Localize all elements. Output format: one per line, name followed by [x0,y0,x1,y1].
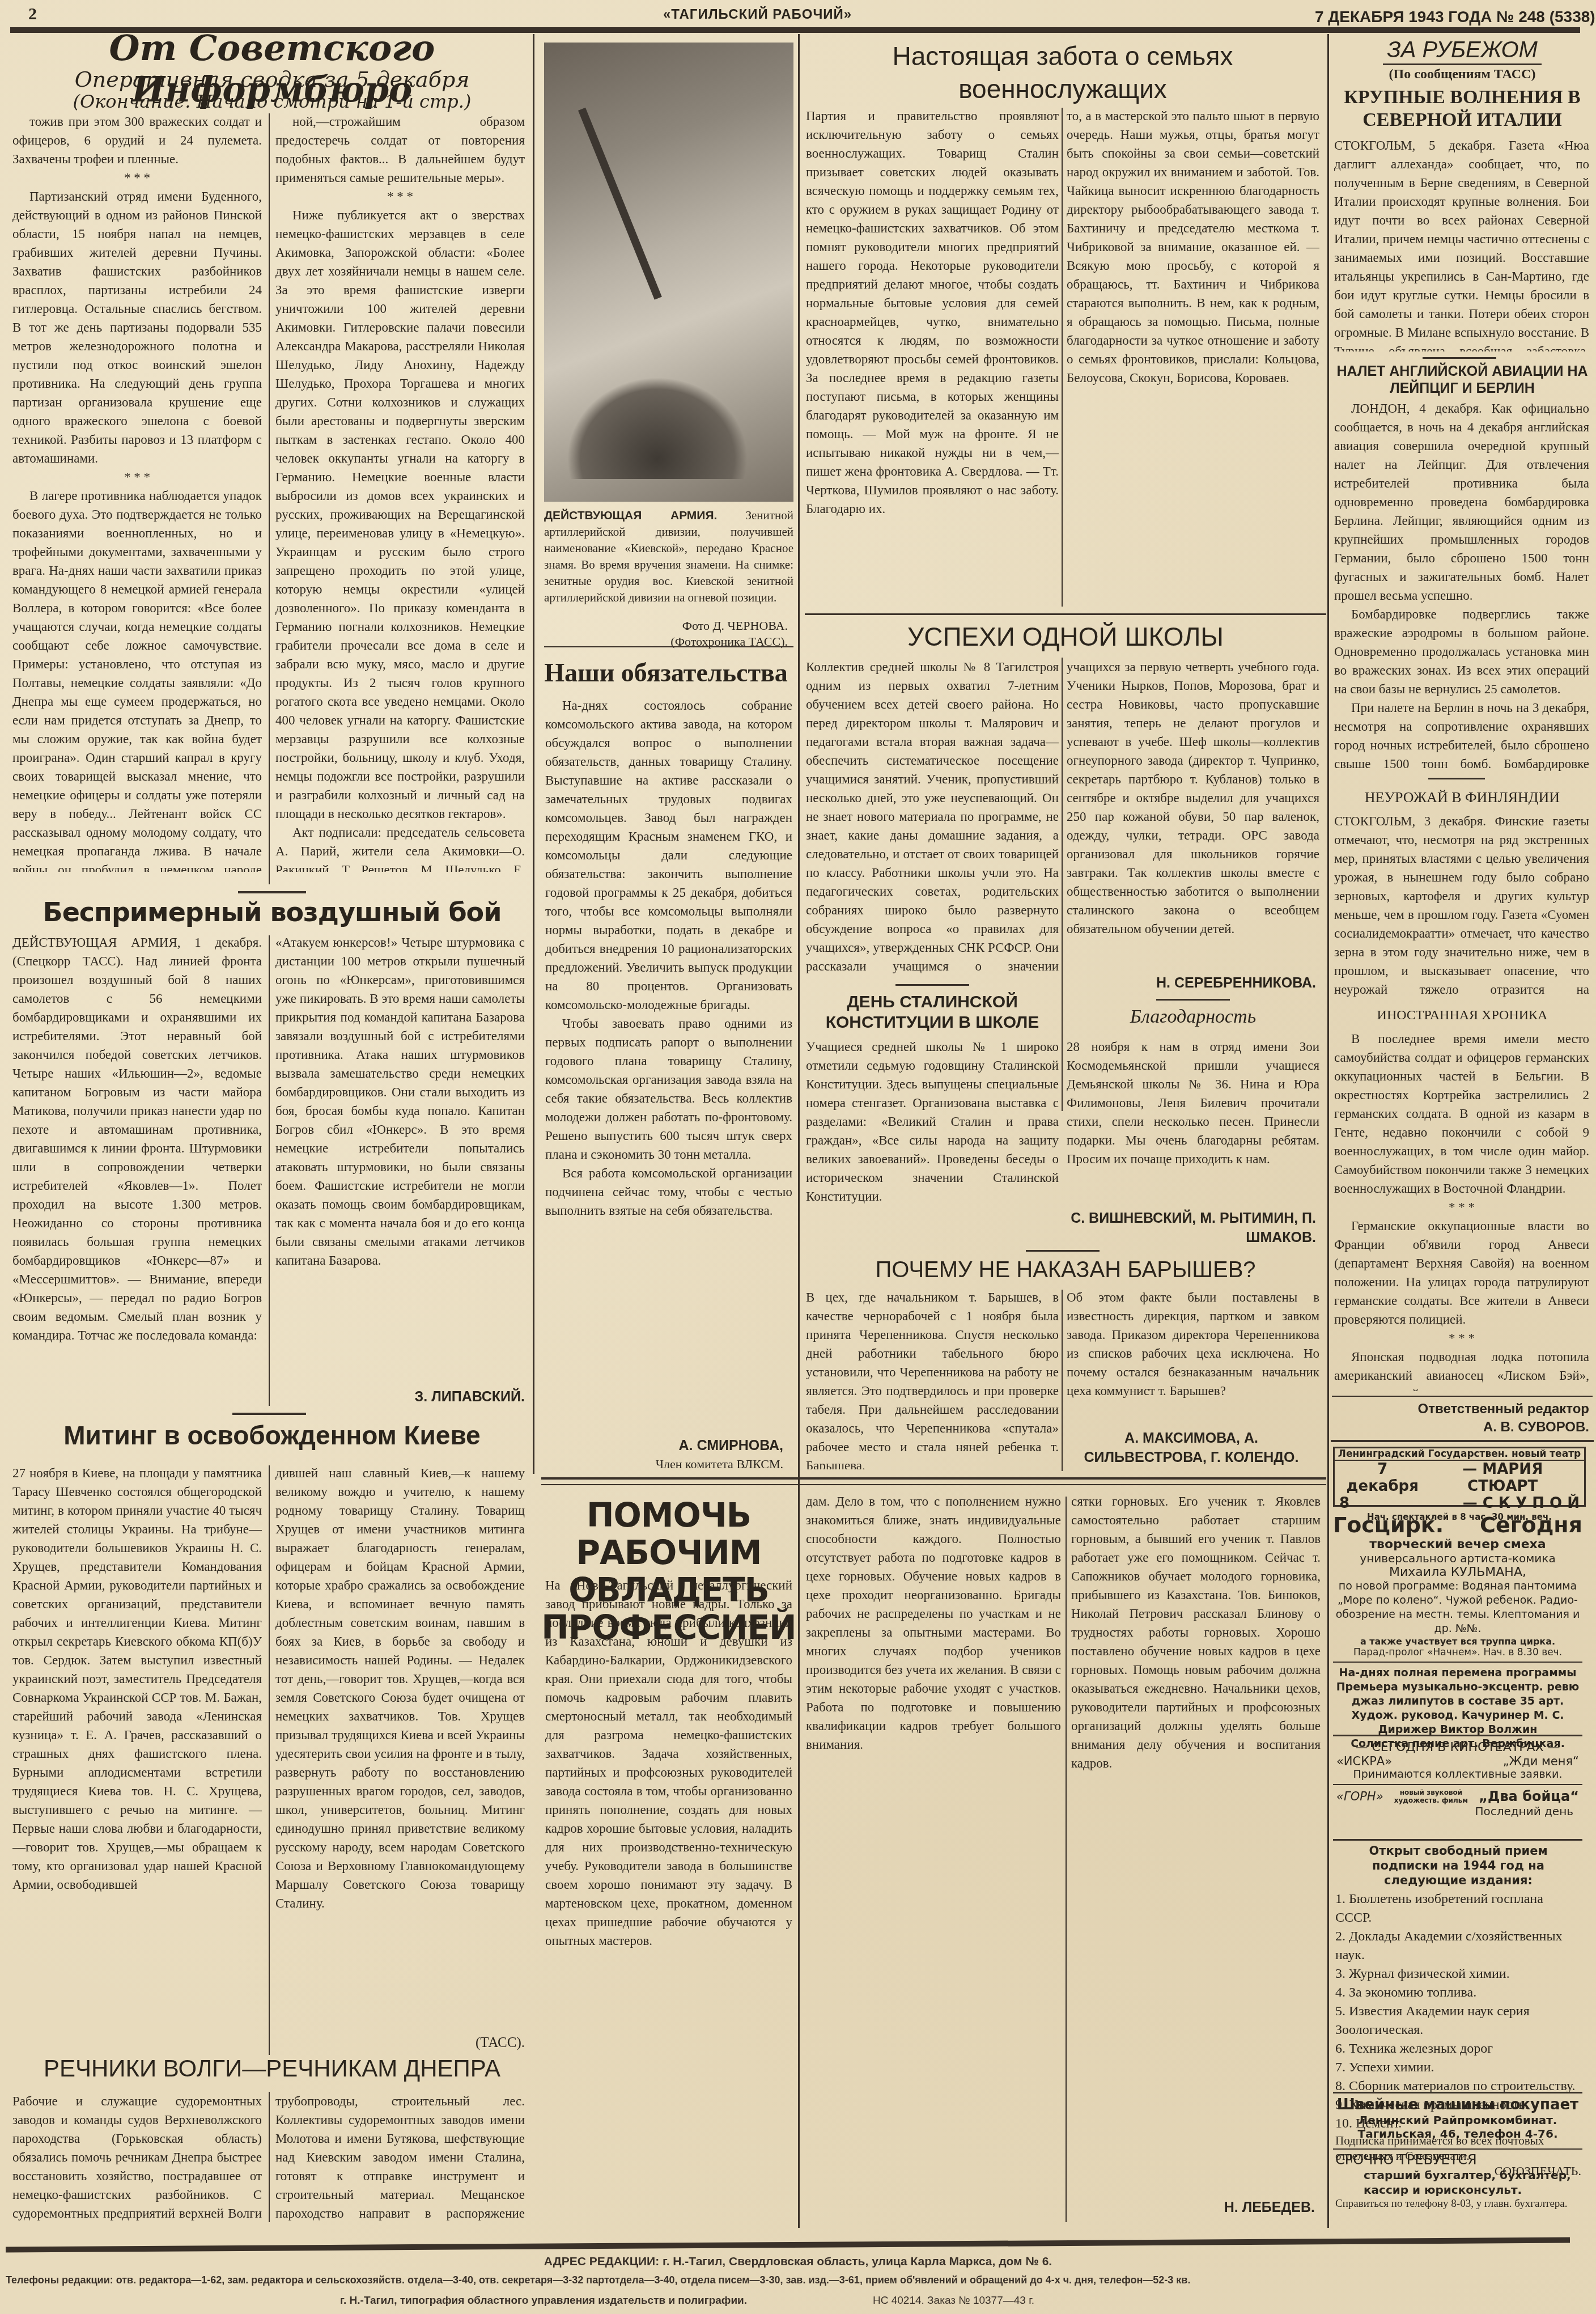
theatre-row-1: 7 декабря— МАРИЯ СТЮАРТ [1335,1461,1584,1495]
theatre-row-2: 8— С К У П О Й [1335,1495,1584,1512]
chronicle-text: В последнее время имели место самоубийст… [1334,1029,1589,1392]
raid-title: НАЛЕТ АНГЛИЙСКОЙ АВИАЦИИ НА ЛЕЙПЦИГ И БЕ… [1332,363,1593,397]
inner-divider [1066,1497,1067,2222]
subscription-item: 4. За экономию топлива. [1335,1984,1581,2002]
school-signature: Н. СЕРЕБРЕННИКОВА. [1067,975,1316,991]
separator [1383,63,1542,65]
school-col1: Коллектив средней школы № 8 Тагилстроя о… [806,658,1059,975]
separator [1156,999,1230,1001]
jobs-title: СРОЧНО ТРЕБУЕТСЯ [1335,2152,1582,2168]
separator [544,646,793,647]
subscription-item: 3. Журнал физической химии. [1335,1965,1581,1984]
gratitude-title: Благодарность [1067,1006,1319,1028]
issue-line: 7 ДЕКАБРЯ 1943 ГОДА № 248 (5338) [1315,8,1595,26]
editor-block: Ответственный редактор А. В. СУВОРОВ. [1334,1400,1589,1436]
profession-col3: сятки горновых. Его ученик т. Яковлев са… [1071,1492,1321,2195]
footer-phones: Телефоны редакции: отв. редактора—1-62, … [6,2274,1593,2286]
photo-credit: Фото Д. ЧЕРНОВА. (Фотохроника ТАСС). [652,618,788,650]
kiev-signature: (ТАСС). [275,2035,525,2051]
soldiers-shape [567,377,748,479]
abroad-source: (По сообщениям ТАСС) [1332,67,1593,82]
finland-title: НЕУРОЖАЙ В ФИНЛЯНДИИ [1332,789,1593,806]
profession-col1: На Ново-Тагильский металлургический заво… [545,1576,792,2222]
separator [805,613,1326,615]
air-battle-signature: З. ЛИПАВСКИЙ. [275,1389,525,1405]
subscription-item: 7. Успехи химии. [1335,2058,1581,2077]
circus-line: универсального артиста-комика [1333,1552,1582,1565]
subscription-item: 5. Известия Академии наук серия Зоологич… [1335,2002,1581,2040]
sovinform-col2: ной,—строжайшим образом предостеречь сол… [275,112,525,872]
army-photo [544,43,793,502]
volga-col2: трубопроводы, строительный лес. Коллекти… [275,2092,525,2222]
paper-name: «ТАГИЛЬСКИЙ РАБОЧИЙ» [663,7,852,23]
page-number: 2 [28,5,37,24]
sewing-line: Тагильская, 46, телефон 4-76. [1333,2127,1582,2141]
baryshev-col1: В цех, где начальником т. Барышев, в кач… [806,1288,1059,1469]
newspaper-page: 2 «ТАГИЛЬСКИЙ РАБОЧИЙ» 7 ДЕКАБРЯ 1943 ГО… [0,0,1596,2314]
circus-line: Михаила КУЛЬМАНА, [1333,1565,1582,1579]
kiev-title: Митинг в освобожденном Киеве [11,1420,533,1451]
obligations-signature-title: Член комитета ВЛКСМ. [545,1457,783,1472]
families-col1: Партия и правительство проявляют исключи… [806,107,1059,605]
air-battle-title: Беспримерный воздушный бой [11,897,533,927]
theatre-ad: Ленинградский Государствен. новый театр … [1333,1447,1586,1507]
inner-divider [1062,1290,1063,1471]
theatre-header: Ленинградский Государствен. новый театр [1335,1448,1584,1461]
subscription-item: 2. Доклады Академии с/хозяйственных наук… [1335,1927,1581,1965]
sewing-ad: Швейные машины покупает Ленинский Райпро… [1333,2096,1582,2141]
inner-divider [269,2092,270,2222]
separator [1333,1735,1582,1736]
italy-text: СТОКГОЛЬМ, 5 декабря. Газета «Нюа даглиг… [1334,136,1589,351]
kiev-col2: дившей наш славный Киев,—к нашему велико… [275,1464,525,2031]
separator [1333,2148,1582,2150]
inner-divider [1062,658,1063,1111]
finland-text: СТОКГОЛЬМ, 3 декабря. Финские газеты отм… [1334,812,1589,999]
profession-col2: дам. Дело в том, что с пополнением нужно… [806,1492,1061,2223]
circus-line: а также участвует вся труппа цирка. [1333,1636,1582,1647]
inner-divider [269,935,270,1406]
jobs-contact: Справиться по телефону 8-03, у главн. бу… [1335,2197,1582,2211]
circus-line: по новой программе: Водяная пантомима „М… [1333,1579,1582,1636]
column-divider [798,34,800,2228]
sewing-line: Ленинский Райпромкомбинат. [1333,2113,1582,2127]
separator [232,1413,306,1415]
subscription-item: 1. Бюллетень изобретений госплана СССР. [1335,1890,1581,1927]
families-title: Настоящая забота о семьях военнослужащих [805,40,1321,105]
abroad-heading: ЗА РУБЕЖОМ [1332,37,1593,63]
air-battle-col1: ДЕЙСТВУЮЩАЯ АРМИЯ, 1 декабря. (Спецкорр … [12,933,262,1404]
separator [1333,2092,1582,2093]
subscription-item: 6. Техника железных дорог [1335,2040,1581,2058]
photo-caption: ДЕЙСТВУЮЩАЯ АРМИЯ. Зенитной артиллерийск… [544,507,793,606]
jobs-ad: СРОЧНО ТРЕБУЕТСЯ старший бухгалтер, бухг… [1335,2152,1582,2211]
sovinform-note: (Окончание. Начало смотри на 1-й стр.) [11,91,533,112]
separator [895,984,969,986]
obligations-title: Наши обязательства [538,658,793,688]
separator [1332,1396,1593,1397]
footer-printer: г. Н.-Тагил, типография областного управ… [340,2295,747,2307]
cinema-note: Принимаются коллективные заявки. [1333,1768,1582,1781]
school-col2: учащихся за первую четверть учебного год… [1067,658,1319,975]
column-divider [1327,34,1329,2228]
air-battle-col2: «Атакуем юнкерсов!» Четыре штурмовика с … [275,933,525,1387]
circus-change: На-днях полная перемена программы Премье… [1333,1666,1582,1751]
column-divider [533,34,534,1474]
separator [541,1477,1326,1480]
separator [1331,1440,1594,1442]
subscription-title: Открыт свободный прием подписки на 1944 … [1335,1843,1581,1888]
circus-line: творческий вечер смеха [1333,1537,1582,1552]
separator [1333,1784,1582,1785]
chronicle-title: ИНОСТРАННАЯ ХРОНИКА [1332,1008,1593,1023]
separator [1428,778,1485,779]
cinema-ad: — СЕГОДНЯ В КИНОТЕАТРАХ — «ИСКРА»„Жди ме… [1333,1740,1582,1818]
separator [1333,1839,1582,1841]
volga-col1: Рабочие и служащие судоремонтных заводов… [12,2092,262,2222]
volga-title: РЕЧНИКИ ВОЛГИ—РЕЧНИКАМ ДНЕПРА [11,2055,533,2082]
sewing-title: Швейные машины покупает [1333,2096,1582,2113]
cannon-barrel-shape [578,108,662,300]
separator [1423,357,1496,359]
circus-line: Парад-пролог «Начнем». Нач. в 8.30 веч. [1333,1647,1582,1658]
cinema-iskra: «ИСКРА»„Жди меня“ [1333,1754,1582,1768]
inner-divider [269,113,270,884]
baryshev-col2: Об этом факте были поставлены в известно… [1067,1288,1319,1424]
separator [1333,1662,1582,1663]
profession-signature: Н. ЛЕБЕДЕВ. [1071,2199,1315,2216]
school-title: УСПЕХИ ОДНОЙ ШКОЛЫ [805,621,1326,652]
footer-order: НС 40214. Заказ № 10377—43 г. [873,2295,1034,2307]
inner-divider [1062,108,1063,607]
circus-title: Госцирк.Сегодня [1333,1512,1582,1537]
baryshev-title: ПОЧЕМУ НЕ НАКАЗАН БАРЫШЕВ? [805,1257,1326,1283]
obligations-text: На-днях состоялось собрание комсомольско… [545,696,792,1433]
gratitude-text: 28 ноября к нам в отряд имени Зои Космод… [1067,1037,1319,1207]
inner-divider [269,1465,270,2055]
constitution-title: ДЕНЬ СТАЛИНСКОЙ КОНСТИТУЦИИ В ШКОЛЕ [806,992,1059,1033]
constitution-text: Учащиеся средней школы № 1 широко отмети… [806,1037,1059,1230]
separator [1026,1250,1100,1252]
cinema-gorn: «ГОРН» новый звуковой художеств. фильм „… [1333,1789,1582,1804]
cinema-gorn-note: Последний день [1333,1804,1582,1818]
obligations-signature: А. СМИРНОВА, [545,1438,783,1454]
cinema-header: — СЕГОДНЯ В КИНОТЕАТРАХ — [1333,1740,1582,1754]
footer-rule [6,2237,1570,2253]
gratitude-signature: С. ВИШНЕВСКИЙ, М. РЫТИМИН, П. ШМАКОВ. [1067,1209,1316,1247]
separator [238,891,306,893]
footer-address: АДРЕС РЕДАКЦИИ: г. Н.-Тагил, Свердловска… [0,2255,1596,2269]
raid-text: ЛОНДОН, 4 декабря. Как официально сообща… [1334,399,1589,773]
sovinform-subtitle: Оперативная сводка за 5 декабря [11,67,533,92]
kiev-col1: 27 ноября в Киеве, на площади у памятник… [12,1464,262,2053]
circus-ad: Госцирк.Сегодня творческий вечер смеха у… [1333,1512,1582,1751]
separator [541,1484,1326,1485]
families-col2: то, а в мастерской это пальто шьют в пер… [1067,107,1319,605]
sovinform-col1: тожив при этом 300 вражеских солдат и оф… [12,112,262,872]
italy-title: КРУПНЫЕ ВОЛНЕНИЯ В СЕВЕРНОЙ ИТАЛИИ [1332,86,1593,132]
jobs-roles: старший бухгалтер, бухгалтер, кассир и ю… [1335,2168,1582,2197]
baryshev-signature: А. МАКСИМОВА, А. СИЛЬВЕСТРОВА, Г. КОЛЕНД… [1067,1429,1316,1467]
